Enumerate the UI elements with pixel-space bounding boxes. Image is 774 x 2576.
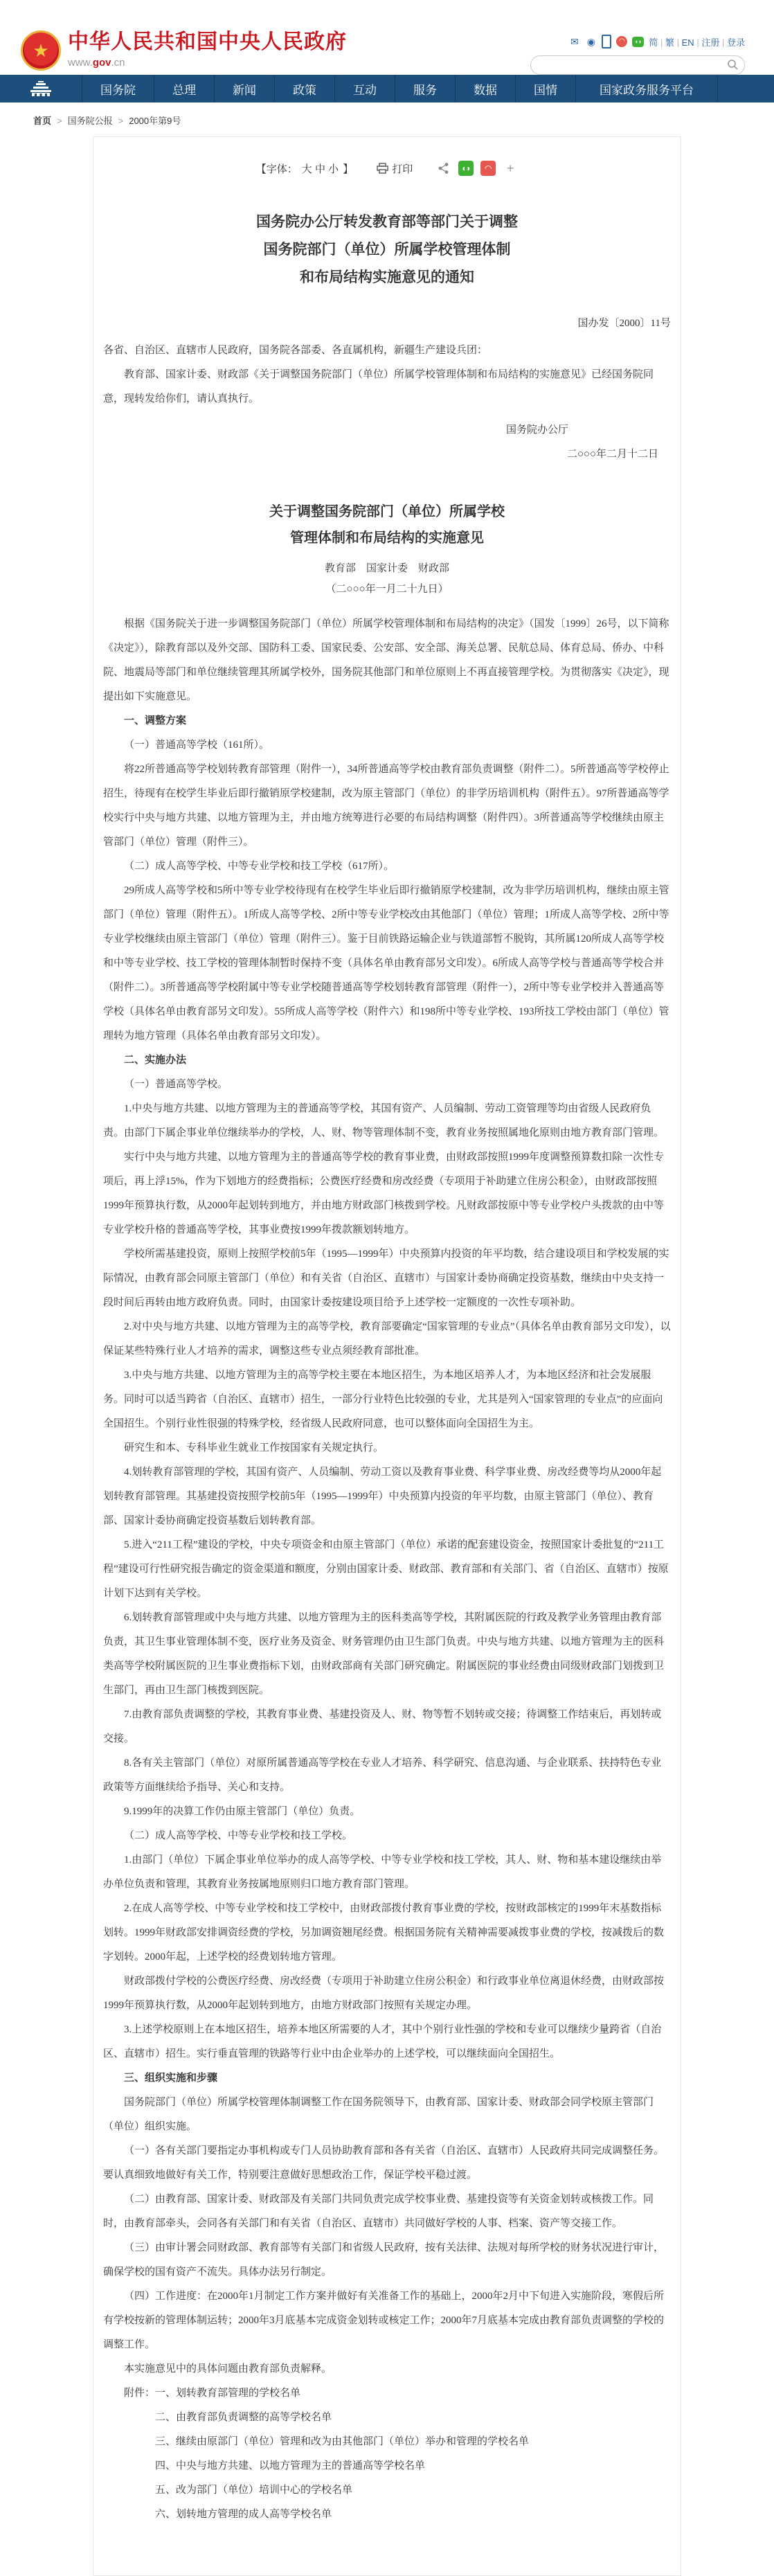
header-link-4[interactable]: 登录 bbox=[727, 37, 745, 48]
divider: | bbox=[696, 37, 699, 48]
document-paragraph: 研究生和本、专科毕业生就业工作按国家有关规定执行。 bbox=[103, 1436, 671, 1460]
document-paragraph: 将22所普通高等学校划转教育部管理（附件一），34所普通高等学校由教育部负责调整… bbox=[103, 758, 671, 855]
font-size-large[interactable]: 大 bbox=[302, 163, 312, 175]
breadcrumb-separator: > bbox=[57, 116, 62, 126]
notice-issuer: 国务院办公厅 bbox=[103, 418, 671, 442]
document-paragraph: 3.上述学校原则上在本地区招生，培养本地区所需要的人才，其中个别行业性强的学校和… bbox=[103, 2018, 671, 2066]
opinion-title-line: 关于调整国务院部门（单位）所属学校 bbox=[103, 499, 671, 525]
share-weibo-icon[interactable]: ◠ bbox=[480, 161, 496, 176]
section-heading: 一、调整方案 bbox=[103, 709, 671, 733]
document-paragraph: 根据《国务院关于进一步调整国务院部门（单位）所属学校管理体制和布局结构的决定》（… bbox=[103, 612, 671, 709]
document-paragraph: （二）成人高等学校、中等专业学校和技工学校（617所）。 bbox=[103, 855, 671, 879]
search-box bbox=[530, 55, 745, 75]
nav-item-4[interactable]: 互动 bbox=[335, 75, 395, 102]
divider: | bbox=[677, 37, 679, 48]
notice-body: 教育部、国家计委、财政部《关于调整国务院部门（单位）所属学校管理体制和布局结构的… bbox=[103, 363, 671, 411]
nav-item-5[interactable]: 服务 bbox=[395, 75, 456, 102]
share-wechat-icon[interactable]: ◖◗ bbox=[458, 161, 474, 176]
document-paragraph: 3.中央与地方共建、以地方管理为主的高等学校主要在本地区招生，为本地区培养人才，… bbox=[103, 1363, 671, 1436]
opinion-title-line: 管理体制和布局结构的实施意见 bbox=[103, 525, 671, 551]
document-paragraph: 7.由教育部负责调整的学校，其教育事业费、基建投资及人、财、物等暂不划转或交接；… bbox=[103, 1703, 671, 1751]
national-emblem-icon: ★ bbox=[21, 30, 61, 71]
document-paragraph: 四、中央与地方共建、以地方管理为主的普通高等学校名单 bbox=[103, 2454, 671, 2478]
document-paragraph: （一）普通高等学校。 bbox=[103, 1073, 671, 1097]
breadcrumb-item-2: 2000年第9号 bbox=[129, 116, 181, 126]
font-size-control: 【字体： 大 中 小 】 bbox=[256, 161, 353, 176]
document-paragraph: （一）普通高等学校（161所）。 bbox=[103, 733, 671, 758]
document-paragraph: （三）由审计署会同财政部、教育部等有关部门和省级人民政府，按有关法律、法规对每所… bbox=[103, 2236, 671, 2284]
notice-date: 二○○○年二月十二日 bbox=[103, 442, 671, 467]
divider: | bbox=[722, 37, 724, 48]
document-paragraph: 财政部拨付学校的公费医疗经费、房改经费（专项用于补助建立住房公积金）和行政事业单… bbox=[103, 1969, 671, 2018]
header-link-list: 简 | 繁 | EN | 注册 | 登录 bbox=[649, 35, 745, 48]
divider: | bbox=[660, 37, 663, 48]
notice-title-line: 国务院办公厅转发教育部等部门关于调整 bbox=[103, 208, 671, 235]
document-paragraph: 国务院部门（单位）所属学校管理体制调整工作在国务院领导下，由教育部、国家计委、财… bbox=[103, 2091, 671, 2139]
print-button[interactable]: 打印 bbox=[377, 161, 413, 176]
tiananmen-icon[interactable] bbox=[0, 75, 82, 102]
nav-item-2[interactable]: 新闻 bbox=[215, 75, 275, 102]
site-header: ★ 中华人民共和国中央人民政府 www.gov.cn ✉ ◉ ◠ ◖◗ 简 | … bbox=[0, 0, 774, 75]
document-paragraph: （一）各有关部门要指定办事机构或专门人员协助教育部和各有关省（自治区、直辖市）人… bbox=[103, 2139, 671, 2188]
header-link-2[interactable]: EN bbox=[682, 37, 694, 48]
header-quick-links: ✉ ◉ ◠ ◖◗ 简 | 繁 | EN | 注册 | 登录 bbox=[530, 35, 745, 48]
font-size-label: 【字体： bbox=[256, 161, 298, 176]
site-title: 中华人民共和国中央人民政府 bbox=[68, 30, 347, 54]
document-paragraph: （二）由教育部、国家计委、财政部及有关部门共同负责完成学校事业费、基建投资等有关… bbox=[103, 2188, 671, 2236]
site-logo[interactable]: ★ 中华人民共和国中央人民政府 www.gov.cn bbox=[21, 30, 347, 71]
opinion-date: （二○○○年一月二十九日） bbox=[103, 579, 671, 600]
section-heading: 三、组织实施和步骤 bbox=[103, 2066, 671, 2091]
wechat-icon[interactable]: ◖◗ bbox=[632, 37, 644, 47]
document-paragraph: 5.进入“211工程”建设的学校，中央专项资金和由原主管部门（单位）承诺的配套建… bbox=[103, 1533, 671, 1606]
font-size-label-end: 】 bbox=[343, 161, 353, 176]
font-size-small[interactable]: 小 bbox=[328, 163, 339, 175]
weibo-icon[interactable]: ◠ bbox=[616, 36, 627, 47]
document-paragraph: 8.各有关主管部门（单位）对原所属普通高等学校在专业人才培养、科学研究、信息沟通… bbox=[103, 1751, 671, 1800]
article-panel: 【字体： 大 中 小 】 打印 ◖◗ ◠ + 国务院办公厅转发教育部等部门关于调… bbox=[93, 136, 681, 2576]
document-paragraph: 附件：一、划转教育部管理的学校名单 bbox=[103, 2381, 671, 2406]
search-input[interactable] bbox=[539, 57, 715, 73]
document-paragraph: 4.划转教育部管理的学校，其国有资产、人员编制、劳动工资以及教育事业费、科学事业… bbox=[103, 1460, 671, 1533]
document-paragraph: 六、划转地方管理的成人高等学校名单 bbox=[103, 2503, 671, 2527]
opinion-authors: 教育部 国家计委 财政部 bbox=[103, 558, 671, 579]
article-toolbar: 【字体： 大 中 小 】 打印 ◖◗ ◠ + bbox=[103, 155, 671, 179]
header-link-3[interactable]: 注册 bbox=[701, 37, 719, 48]
nav-item-0[interactable]: 国务院 bbox=[82, 75, 154, 102]
main-nav: 国务院总理新闻政策互动服务数据国情国家政务服务平台 bbox=[0, 75, 774, 102]
document-paragraph: （二）成人高等学校、中等专业学校和技工学校。 bbox=[103, 1824, 671, 1848]
breadcrumb-item-1[interactable]: 国务院公报 bbox=[68, 116, 113, 126]
document-paragraph: 二、由教育部负责调整的高等学校名单 bbox=[103, 2406, 671, 2430]
document-paragraph: 2.在成人高等学校、中等专业学校和技工学校中，由财政部拨付教育事业费的学校，按财… bbox=[103, 1897, 671, 1969]
opinion-title: 关于调整国务院部门（单位）所属学校管理体制和布局结构的实施意见 bbox=[103, 499, 671, 551]
search-icon[interactable] bbox=[727, 59, 738, 70]
breadcrumb: 首页>国务院公报>2000年第9号 bbox=[0, 102, 774, 136]
site-url: www.gov.cn bbox=[68, 57, 347, 69]
document-paragraph: 29所成人高等学校和5所中等专业学校待现有在校学生毕业后即行撤销原学校建制，改为… bbox=[103, 879, 671, 1048]
nav-item-1[interactable]: 总理 bbox=[154, 75, 215, 102]
nav-item-3[interactable]: 政策 bbox=[275, 75, 335, 102]
document-paragraph: 五、改为部门（单位）培训中心的学校名单 bbox=[103, 2478, 671, 2503]
doc-number: 国办发〔2000〕11号 bbox=[103, 312, 671, 336]
header-link-1[interactable]: 繁 bbox=[665, 37, 674, 48]
print-label: 打印 bbox=[392, 161, 413, 176]
document-paragraph: 1.由部门（单位）下属企事业单位举办的成人高等学校、中等专业学校和技工学校，其人… bbox=[103, 1848, 671, 1897]
font-size-medium[interactable]: 中 bbox=[315, 163, 325, 175]
document-paragraph: 本实施意见中的具体问题由教育部负责解释。 bbox=[103, 2357, 671, 2381]
share-icon[interactable] bbox=[436, 161, 451, 176]
rss-icon[interactable]: ◉ bbox=[585, 37, 597, 47]
share-more-icon[interactable]: + bbox=[503, 161, 518, 176]
document-paragraph: （四）工作进度：在2000年1月制定工作方案并做好有关准备工作的基础上，2000… bbox=[103, 2284, 671, 2357]
document-paragraph: 实行中央与地方共建、以地方管理为主的普通高等学校的教育事业费，由财政部按照199… bbox=[103, 1145, 671, 1242]
mobile-icon[interactable] bbox=[602, 35, 611, 48]
document-paragraph: 9.1999年的决算工作仍由原主管部门（单位）负责。 bbox=[103, 1800, 671, 1824]
nav-item-7[interactable]: 国情 bbox=[516, 75, 576, 102]
nav-item-6[interactable]: 数据 bbox=[456, 75, 516, 102]
document-paragraph: 2.对中央与地方共建、以地方管理为主的高等学校，教育部要确定“国家管理的专业点”… bbox=[103, 1315, 671, 1363]
notice-title: 国务院办公厅转发教育部等部门关于调整国务院部门（单位）所属学校管理体制和布局结构… bbox=[103, 208, 671, 291]
notice-salutation: 各省、自治区、直辖市人民政府，国务院各部委、各直属机构，新疆生产建设兵团： bbox=[103, 339, 671, 363]
document-paragraph: 6.划转教育部管理或中央与地方共建、以地方管理为主的医科类高等学校，其附属医院的… bbox=[103, 1606, 671, 1703]
section-heading: 二、实施办法 bbox=[103, 1048, 671, 1073]
notice-title-line: 国务院部门（单位）所属学校管理体制 bbox=[103, 235, 671, 263]
mail-icon[interactable]: ✉ bbox=[568, 37, 580, 47]
document-paragraph: 学校所需基建投资，原则上按照学校前5年（1995—1999年）中央预算内投资的年… bbox=[103, 1242, 671, 1315]
header-link-0[interactable]: 简 bbox=[649, 37, 658, 48]
notice-title-line: 和布局结构实施意见的通知 bbox=[103, 263, 671, 291]
nav-item-8[interactable]: 国家政务服务平台 bbox=[576, 75, 718, 102]
document-paragraphs: 根据《国务院关于进一步调整国务院部门（单位）所属学校管理体制和布局结构的决定》（… bbox=[103, 612, 671, 2527]
breadcrumb-separator: > bbox=[118, 116, 124, 126]
share-bar: ◖◗ ◠ + bbox=[436, 161, 518, 176]
document-paragraph: 三、继续由原部门（单位）管理和改为由其他部门（单位）举办和管理的学校名单 bbox=[103, 2430, 671, 2454]
breadcrumb-item-0[interactable]: 首页 bbox=[33, 116, 51, 126]
document-paragraph: 1.中央与地方共建、以地方管理为主的普通高等学校，其国有资产、人员编制、劳动工资… bbox=[103, 1097, 671, 1145]
